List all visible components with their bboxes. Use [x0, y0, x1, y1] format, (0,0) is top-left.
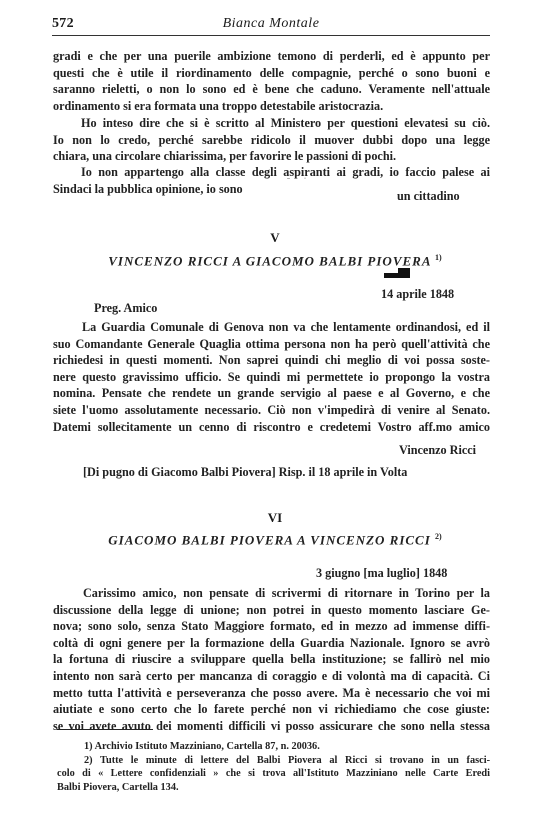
footnotes: 1) Archivio Istituto Mazziniano, Cartell…: [57, 740, 490, 794]
paragraph-ministero: Ho inteso dire che si è scritto al Minis…: [53, 115, 490, 165]
letter-title-text: GIACOMO BALBI PIOVERA A VINCENZO RICCI: [108, 532, 431, 547]
footnote-ref: 1): [435, 253, 442, 262]
text-line: questi che è utile il riordinamento dell…: [53, 65, 490, 82]
footnote-marker: 1): [84, 741, 93, 752]
signature-cittadino: un cittadino: [397, 189, 460, 204]
text-line: discussione della legge di unione; non p…: [53, 602, 490, 619]
text-line: Carissimo amico, non pensate di scriverm…: [53, 585, 490, 602]
text-line: chiara, una circolare chiarissima, per f…: [53, 148, 490, 165]
letter-number-v: V: [0, 230, 550, 246]
footnote-1: 1) Archivio Istituto Mazziniano, Cartell…: [57, 740, 490, 754]
continuation-paragraph: gradi e che per una puerile ambizione te…: [53, 48, 490, 114]
text-line: nomina. Pensate che rendete un grande se…: [53, 385, 490, 402]
text-line: saranno rieletti, o non lo sono ed è ben…: [53, 81, 490, 98]
text-line: aiutiate e sono certo che lo farete perc…: [53, 701, 490, 718]
reply-note: [Di pugno di Giacomo Balbi Piovera] Risp…: [83, 465, 407, 480]
scan-speck: ˉ ˈ: [287, 176, 307, 186]
letter-body-vi: Carissimo amico, non pensate di scriverm…: [53, 585, 490, 734]
footnote-text: Tutte le minute di lettere del Balbi Pio…: [100, 755, 490, 766]
footnote-marker: 2): [84, 755, 93, 766]
footnote-2-line: colo di « Lettere confidenziali » che si…: [57, 767, 490, 781]
letter-number-vi: VI: [0, 510, 550, 526]
salutation: Preg. Amico: [94, 301, 157, 316]
text-line: La Guardia Comunale di Genova non va che…: [53, 319, 490, 336]
text-line: richiedesi in questi momenti. Non saprei…: [53, 352, 490, 369]
header-rule: [52, 35, 490, 36]
text-line: metto tutta l'attività e perseveranza ch…: [53, 685, 490, 702]
letter-title-v: VINCENZO RICCI A GIACOMO BALBI PIOVERA 1…: [0, 253, 550, 269]
text-line: suo Comandante Generale Quaglia ottima p…: [53, 336, 490, 353]
footnote-2-line: Balbi Piovera, Cartella 134.: [57, 781, 490, 795]
text-line: gradi e che per una puerile ambizione te…: [53, 48, 490, 65]
text-line: nere questo gravissimo ufficio. Se quind…: [53, 369, 490, 386]
footnote-ref: 2): [435, 532, 442, 541]
text-line: la fortuna di riuscire a sviluppare quel…: [53, 651, 490, 668]
letter-title-text: VINCENZO RICCI A GIACOMO BALBI PIOVERA: [108, 253, 431, 268]
text-line: coltà di ogni genere per la formazione d…: [53, 635, 490, 652]
footnote-text: Archivio Istituto Mazziniano, Cartella 8…: [95, 741, 320, 752]
scan-speck: ' / ‾ ˜: [101, 424, 129, 434]
text-line: Io non lo credo, perché sarebbe ridicolo…: [53, 132, 490, 149]
book-page: 572 Bianca Montale gradi e che per una p…: [0, 0, 550, 828]
letter-title-vi: GIACOMO BALBI PIOVERA A VINCENZO RICCI 2…: [0, 532, 550, 548]
running-title: Bianca Montale: [52, 16, 490, 32]
footnote-rule: [57, 729, 153, 730]
stamp-mark: [398, 268, 410, 274]
letter-body-v: La Guardia Comunale di Genova non va che…: [53, 319, 490, 435]
footnote-2: 2) Tutte le minute di lettere del Balbi …: [57, 754, 490, 768]
letter-date-v: 14 aprile 1848: [381, 287, 454, 302]
text-line: nova; sono solo, senza Stato Maggiore fo…: [53, 618, 490, 635]
text-line: Io non appartengo alla classe degli aspi…: [53, 164, 490, 181]
text-line: se voi avete avuto dei momenti difficili…: [53, 718, 490, 735]
page-header: 572 Bianca Montale: [52, 14, 490, 36]
text-line: siete l'uomo assolutamente necessario. C…: [53, 402, 490, 419]
text-line: Ho inteso dire che si è scritto al Minis…: [53, 115, 490, 132]
text-line: intento non sarà certo per mancanza di c…: [53, 668, 490, 685]
text-line: ordinamento si era formata una troppo de…: [53, 98, 490, 115]
signature-ricci: Vincenzo Ricci: [399, 443, 476, 458]
letter-date-vi: 3 giugno [ma luglio] 1848: [316, 566, 447, 581]
